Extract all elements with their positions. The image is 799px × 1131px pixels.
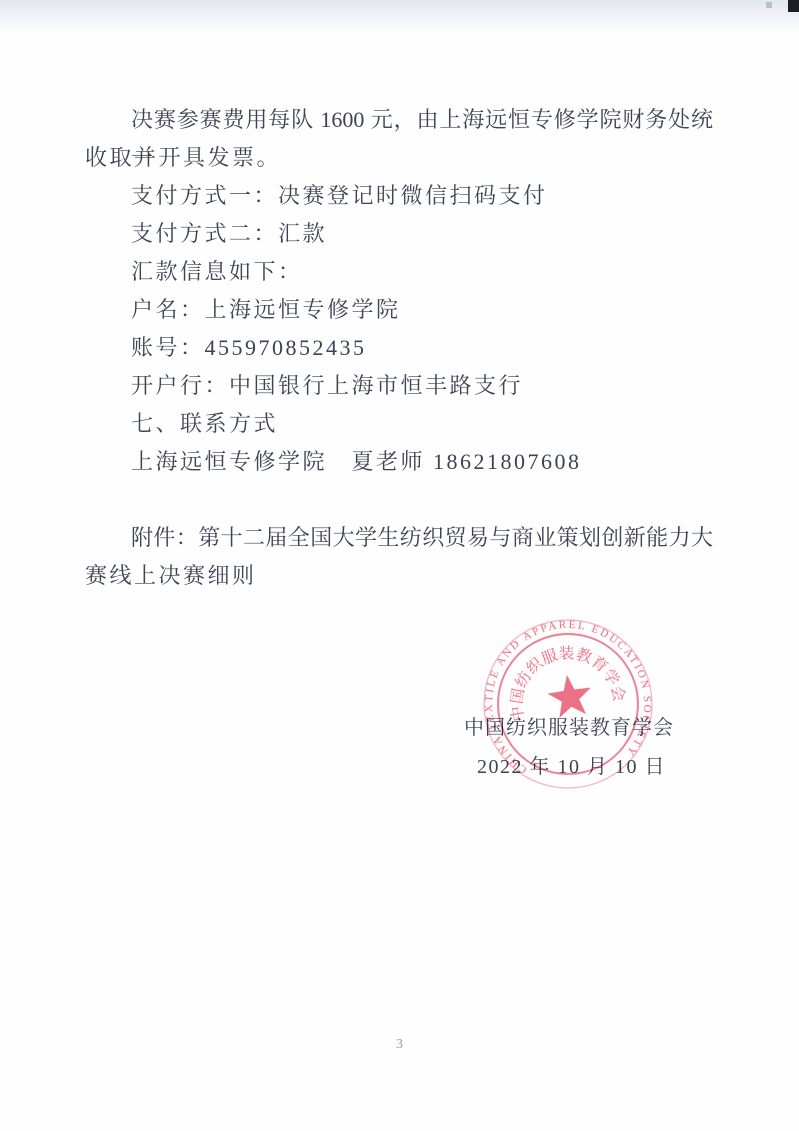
text-line: 户名：上海远恒专修学院 bbox=[85, 291, 713, 329]
document-page: 决赛参赛费用每队 1600 元，由上海远恒专修学院财务处统一收取并开具发票。支付… bbox=[0, 0, 799, 1131]
text-line: 收取并开具发票。 bbox=[85, 139, 713, 177]
text-line: 支付方式一：决赛登记时微信扫码支付 bbox=[85, 177, 713, 215]
text-line: 上海远恒专修学院 夏老师 18621807608 bbox=[85, 443, 713, 481]
scan-artifact-dot bbox=[766, 2, 772, 8]
text-line: 七、联系方式 bbox=[85, 405, 713, 443]
text-line: 汇款信息如下： bbox=[85, 253, 713, 291]
star-icon bbox=[545, 672, 594, 719]
scan-artifact-corner-mark bbox=[788, 0, 799, 12]
text-line: 决赛参赛费用每队 1600 元，由上海远恒专修学院财务处统一 bbox=[85, 101, 713, 139]
blank-line bbox=[85, 481, 713, 519]
scan-artifact-top-band bbox=[0, 0, 799, 34]
document-body: 决赛参赛费用每队 1600 元，由上海远恒专修学院财务处统一收取并开具发票。支付… bbox=[85, 101, 713, 595]
text-line: 账号：455970852435 bbox=[85, 329, 713, 367]
text-line: 赛线上决赛细则 bbox=[85, 557, 713, 595]
text-line: 支付方式二：汇款 bbox=[85, 215, 713, 253]
official-seal-stamp: CHINA TEXTILE AND APPAREL EDUCATION SOCI… bbox=[469, 605, 668, 804]
text-line: 开户行：中国银行上海市恒丰路支行 bbox=[85, 367, 713, 405]
page-number: 3 bbox=[0, 1037, 799, 1053]
text-line: 附件：第十二届全国大学生纺织贸易与商业策划创新能力大 bbox=[85, 519, 713, 557]
